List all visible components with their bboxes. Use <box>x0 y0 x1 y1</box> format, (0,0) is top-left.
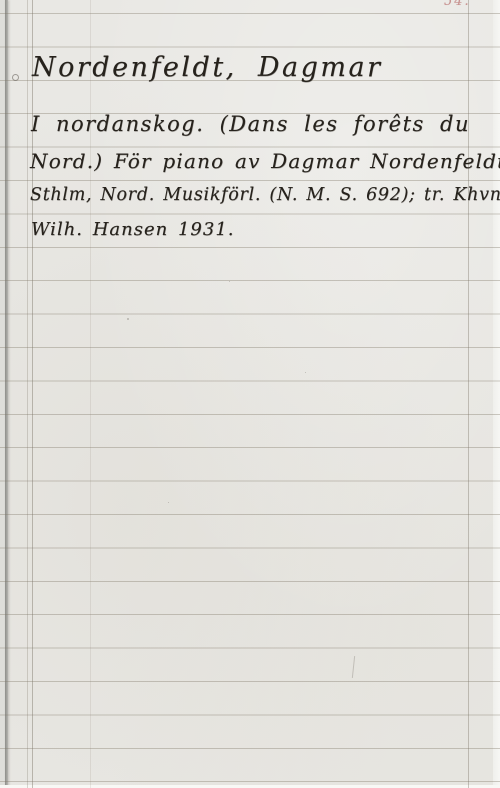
entry-line: Nord.) För piano av Dagmar Nordenfeldt. <box>30 151 500 171</box>
scan-right-edge <box>493 0 500 788</box>
entry-line: Sthlm, Nord. Musikförl. (N. M. S. 692); … <box>30 187 500 205</box>
page-number-pencil: 54. <box>444 0 471 8</box>
left-margin-line-outer <box>27 0 28 788</box>
paper-scratch <box>352 656 355 678</box>
dust-speck <box>448 125 449 127</box>
dust-speck <box>229 281 230 282</box>
entry-line: Wilh. Hansen 1931. <box>31 221 235 239</box>
margin-ring-icon <box>12 74 19 81</box>
entry-heading: Nordenfeldt, Dagmar <box>32 54 382 81</box>
page-left-edge <box>5 0 8 788</box>
dust-speck <box>168 502 169 503</box>
dust-speck <box>127 318 129 320</box>
dust-speck <box>305 372 306 373</box>
scanned-ledger-page: 54. Nordenfeldt, Dagmar I nordanskog. (D… <box>0 0 500 788</box>
entry-line: I nordanskog. (Dans les forêts du <box>31 114 470 135</box>
